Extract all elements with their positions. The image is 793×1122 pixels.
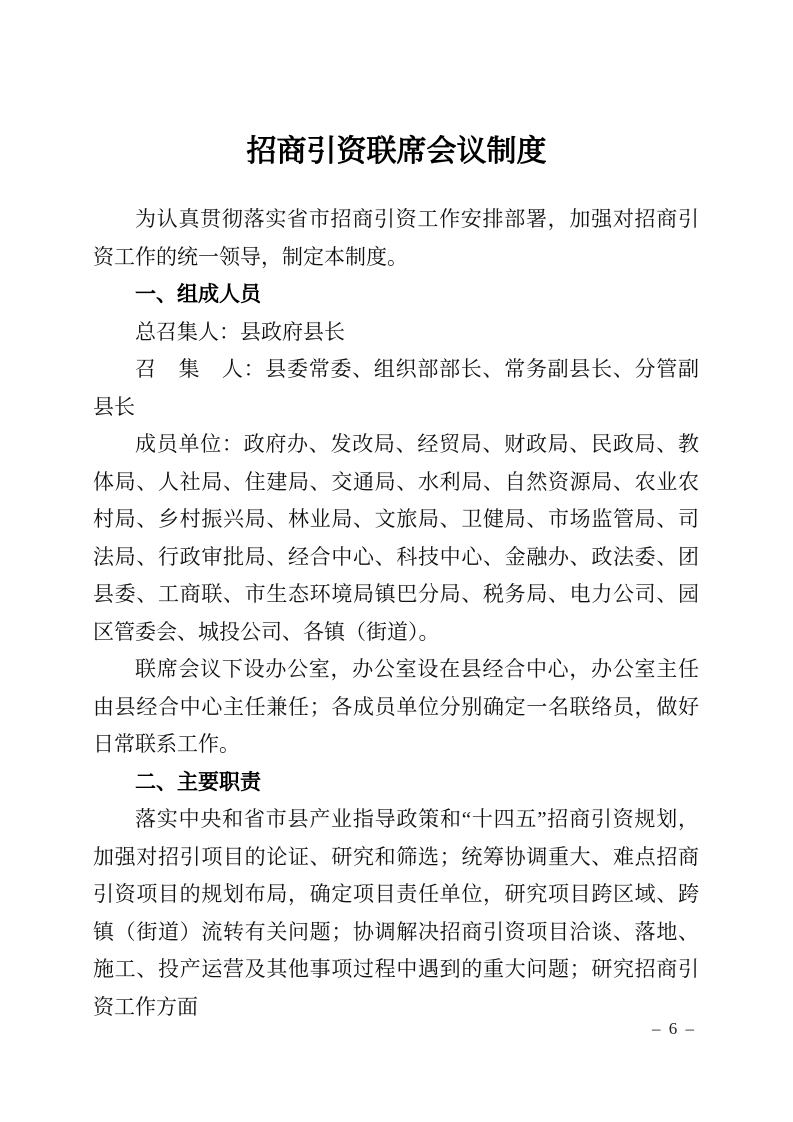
document-title: 招商引资联席会议制度 — [0, 126, 793, 170]
paragraph-duties: 落实中央和省市县产业指导政策和“十四五”招商引资规划，加强对招引项目的论证、研究… — [93, 801, 699, 1026]
paragraph-member-units: 成员单位：政府办、发改局、经贸局、财政局、民政局、教体局、人社局、住建局、交通局… — [93, 426, 699, 651]
section-heading-duties: 二、主要职责 — [93, 764, 699, 802]
section-heading-members: 一、组成人员 — [93, 276, 699, 314]
paragraph-chief-convener: 总召集人：县政府县长 — [93, 314, 699, 352]
page-number: – 6 – — [652, 1019, 696, 1039]
paragraph-conveners: 召 集 人：县委常委、组织部部长、常务副县长、分管副县长 — [93, 351, 699, 426]
paragraph-office-setup: 联席会议下设办公室，办公室设在县经合中心，办公室主任由县经合中心主任兼任；各成员… — [93, 651, 699, 764]
paragraph-preamble: 为认真贯彻落实省市招商引资工作安排部署，加强对招商引资工作的统一领导，制定本制度… — [93, 201, 699, 276]
document-page: 招商引资联席会议制度 为认真贯彻落实省市招商引资工作安排部署，加强对招商引资工作… — [0, 0, 793, 1122]
document-body: 为认真贯彻落实省市招商引资工作安排部署，加强对招商引资工作的统一领导，制定本制度… — [93, 201, 699, 1026]
